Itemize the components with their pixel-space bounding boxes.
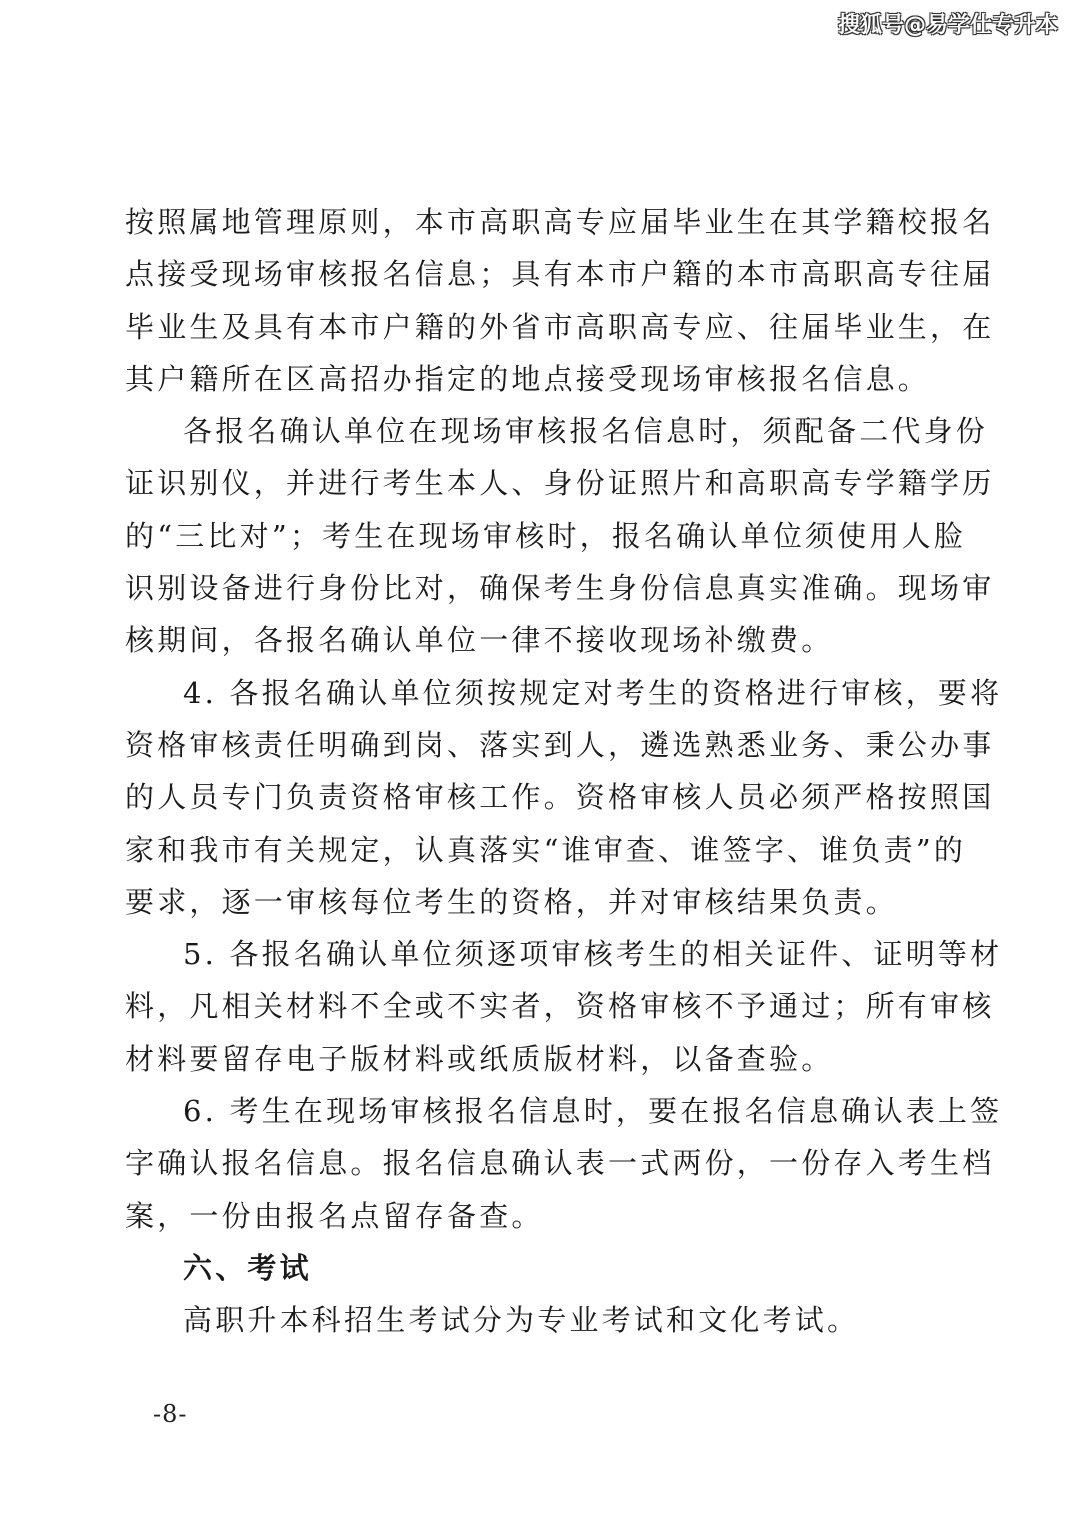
text-line: 按照属地管理原则，本市高职高专应届毕业生在其学籍校报名 [125, 196, 910, 248]
text-line: 6. 考生在现场审核报名信息时，要在报名信息确认表上签 [125, 1085, 910, 1137]
paragraph-item-5: 5. 各报名确认单位须逐项审核考生的相关证件、证明等材 料，凡相关材料不全或不实… [125, 928, 910, 1085]
section-body: 高职升本科招生考试分为专业考试和文化考试。 [125, 1294, 910, 1346]
page-number: -8- [153, 1400, 188, 1428]
text-line: 5. 各报名确认单位须逐项审核考生的相关证件、证明等材 [125, 928, 910, 980]
text-line: 案，一份由报名点留存备查。 [125, 1190, 910, 1242]
text-line: 各报名确认单位在现场审核报名信息时，须配备二代身份 [125, 405, 910, 457]
text-line: 4. 各报名确认单位须按规定对考生的资格进行审核，要将 [125, 667, 910, 719]
text-line: 资格审核责任明确到岗、落实到人，遴选熟悉业务、秉公办事 [125, 719, 910, 771]
paragraph-2: 各报名确认单位在现场审核报名信息时，须配备二代身份 证识别仪，并进行考生本人、身… [125, 405, 910, 666]
text-line: 毕业生及具有本市户籍的外省市高职高专应、往届毕业生，在 [125, 301, 910, 353]
text-line: 点接受现场审核报名信息；具有本市户籍的本市高职高专往届 [125, 248, 910, 300]
text-line: 料，凡相关材料不全或不实者，资格审核不予通过；所有审核 [125, 980, 910, 1032]
paragraph-1: 按照属地管理原则，本市高职高专应届毕业生在其学籍校报名 点接受现场审核报名信息；… [125, 196, 910, 405]
text-line: 识别设备进行身份比对，确保考生身份信息真实准确。现场审 [125, 562, 910, 614]
text-line: 的“三比对”；考生在现场审核时，报名确认单位须使用人脸 [125, 510, 910, 562]
text-line: 家和我市有关规定，认真落实“谁审查、谁签字、谁负责”的 [125, 824, 910, 876]
paragraph-item-4: 4. 各报名确认单位须按规定对考生的资格进行审核，要将 资格审核责任明确到岗、落… [125, 667, 910, 928]
document-body: 按照属地管理原则，本市高职高专应届毕业生在其学籍校报名 点接受现场审核报名信息；… [125, 196, 910, 1347]
text-line: 要求，逐一审核每位考生的资格，并对审核结果负责。 [125, 876, 910, 928]
section-heading: 六、考试 [125, 1242, 910, 1294]
paragraph-item-6: 6. 考生在现场审核报名信息时，要在报名信息确认表上签 字确认报名信息。报名信息… [125, 1085, 910, 1242]
watermark: 搜狐号@易学仕专升本 [838, 8, 1058, 39]
text-line: 核期间，各报名确认单位一律不接收现场补缴费。 [125, 614, 910, 666]
text-line: 材料要留存电子版材料或纸质版材料，以备查验。 [125, 1033, 910, 1085]
text-line: 的人员专门负责资格审核工作。资格审核人员必须严格按照国 [125, 771, 910, 823]
text-line: 证识别仪，并进行考生本人、身份证照片和高职高专学籍学历 [125, 457, 910, 509]
text-line: 字确认报名信息。报名信息确认表一式两份，一份存入考生档 [125, 1137, 910, 1189]
text-line: 其户籍所在区高招办指定的地点接受现场审核报名信息。 [125, 353, 910, 405]
